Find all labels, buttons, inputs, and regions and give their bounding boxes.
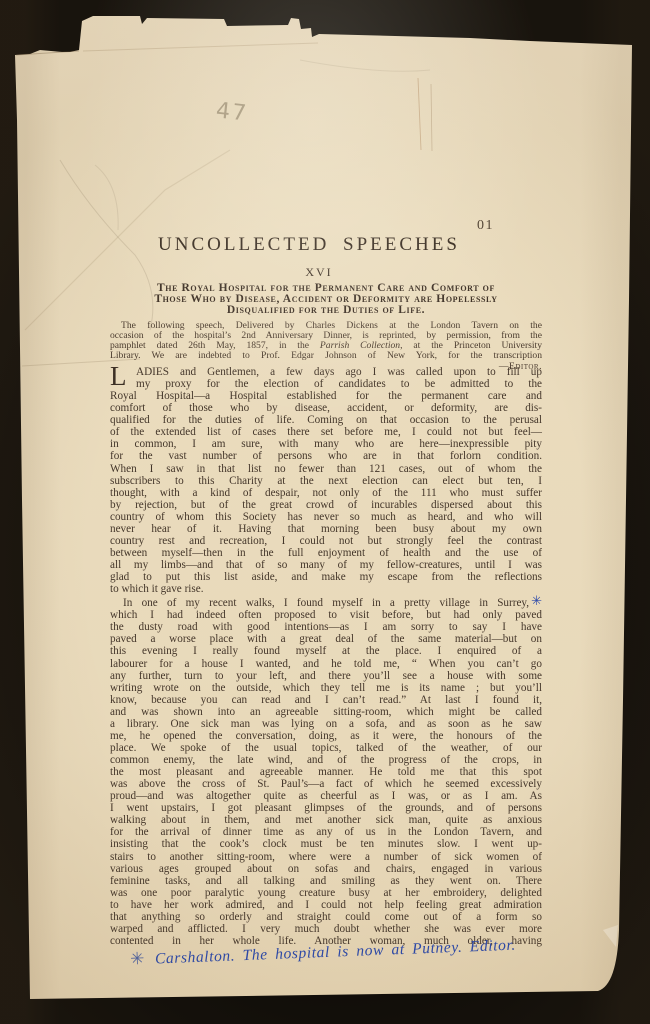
text-line: ADIES and Gentlemen, a few days ago I wa… [110,366,542,378]
pencil-mark: 47 [215,98,249,126]
text-line: proud—and was altogether quite as cheerf… [110,790,542,802]
page-title: UNCOLLECTED SPEECHES [110,234,542,256]
paragraph-1-lines: ADIES and Gentlemen, a few days ago I wa… [110,366,542,583]
text-line: feminine tasks, and all talking and smil… [110,875,542,887]
text-line: comfort of those who by disease, acciden… [110,402,542,414]
text-line: Royal Hospital—a Hospital established fo… [110,390,542,402]
text-line: me, he opened the conversation, doing, a… [110,730,542,742]
text-line: for the arrival of dinner time as any of… [110,826,542,838]
text-line: place. We spoke of the usual topics, tal… [110,742,542,754]
margin-asterisk-icon: ✳ [531,593,542,608]
speech-body: L ADIES and Gentlemen, a few days ago I … [110,366,542,947]
text-line: I went upstairs, I got pleasant glimpses… [110,802,542,814]
text-line: writing wrote on the outside, which they… [110,682,542,694]
text-line: that anything so orderly and straight co… [110,911,542,923]
text-line: Disqualified for the Duties of Life. [106,305,546,316]
text-line: all my limbs—and that of so many of my f… [110,559,542,571]
text-line: of the extended list of cases there set … [110,426,542,438]
text-line: never hear of it. Having that morning be… [110,523,542,535]
editor-note: The following speech, Delivered by Charl… [110,321,542,372]
text-line: stairs to another sitting-room, where we… [110,851,542,863]
text-line: a library. One sick man was lying on a s… [110,718,542,730]
photograph-canvas: 47 01 UNCOLLECTED SPEECHES XVI The Royal… [0,0,650,1024]
text-line: warped and afflicted. I very much doubt … [110,923,542,935]
text-line: various ages grouped about on sofas and … [110,863,542,875]
text-line: by rejection, but of the great crowd of … [110,499,542,511]
text-line: When I saw in that list no fewer than 12… [110,463,542,475]
drop-cap: L [110,363,127,390]
text-line: insisting that the cook’s clock must be … [110,838,542,850]
section-number: XVI [110,265,542,280]
text-line: was one poor paralytic young creature bu… [110,887,542,899]
text-line: between myself—then in the full enjoymen… [110,547,542,559]
text-line: this evening I really found myself at th… [110,645,542,657]
text-line: paved a worse place with a great deal of… [110,633,542,645]
text-line: the most pleasant and agreeable manner. … [110,766,542,778]
text-line: to have her work admired, and I could no… [110,899,542,911]
text-line: any further, turn to your left, and ther… [110,670,542,682]
text-line: the dusty road with good intentions—as I… [110,621,542,633]
paragraph-2-lines: which I had indeed often proposed to vis… [110,609,542,947]
text-line: for the vast number of persons who are i… [110,450,542,462]
text-line: glad to put this list aside, and make my… [110,571,542,583]
text-line: country rest and recreation, I could not… [110,535,542,547]
text-line: my proxy for the election of candidates … [110,378,542,390]
paragraph-2: In one of my recent walks, I found mysel… [110,595,542,947]
paragraph-2-first-line: In one of my recent walks, I found mysel… [110,595,542,609]
page-content: 47 01 UNCOLLECTED SPEECHES XVI The Royal… [0,0,650,1024]
text-line: labourer for a house I wanted, and he to… [110,658,542,670]
page-number: 01 [477,218,494,234]
text-line: and was shown into an agreeable sitting-… [110,706,542,718]
text-line: know, because you can read and I can’t r… [110,694,542,706]
text-line: country of whom this Society has never s… [110,511,542,523]
text-line: subscribers to this Charity at the next … [110,475,542,487]
paragraph-2-text: In one of my recent walks, I found mysel… [123,597,529,609]
text-line: walking about in them, and met another s… [110,814,542,826]
footnote-asterisk-icon: ✳ [130,949,146,969]
paragraph-1-last-line: to which it gave rise. [110,583,542,595]
text-line: was above the cross of St. Paul’s—a fact… [110,778,542,790]
speech-heading: The Royal Hospital for the Permanent Car… [106,283,546,317]
header-block: UNCOLLECTED SPEECHES XVI [110,234,542,280]
text-line: which I had indeed often proposed to vis… [110,609,542,621]
text-line: qualified for the duties of life. Coming… [110,414,542,426]
note-line: Library. We are indebted to Prof. Edgar … [110,351,542,361]
paragraph-1: L ADIES and Gentlemen, a few days ago I … [110,366,542,595]
text-line: thought, with a kind of despair, not onl… [110,487,542,499]
text-line: in common, I am sure, with many who are … [110,438,542,450]
text-line: common enemy, the late wind, and of the … [110,754,542,766]
